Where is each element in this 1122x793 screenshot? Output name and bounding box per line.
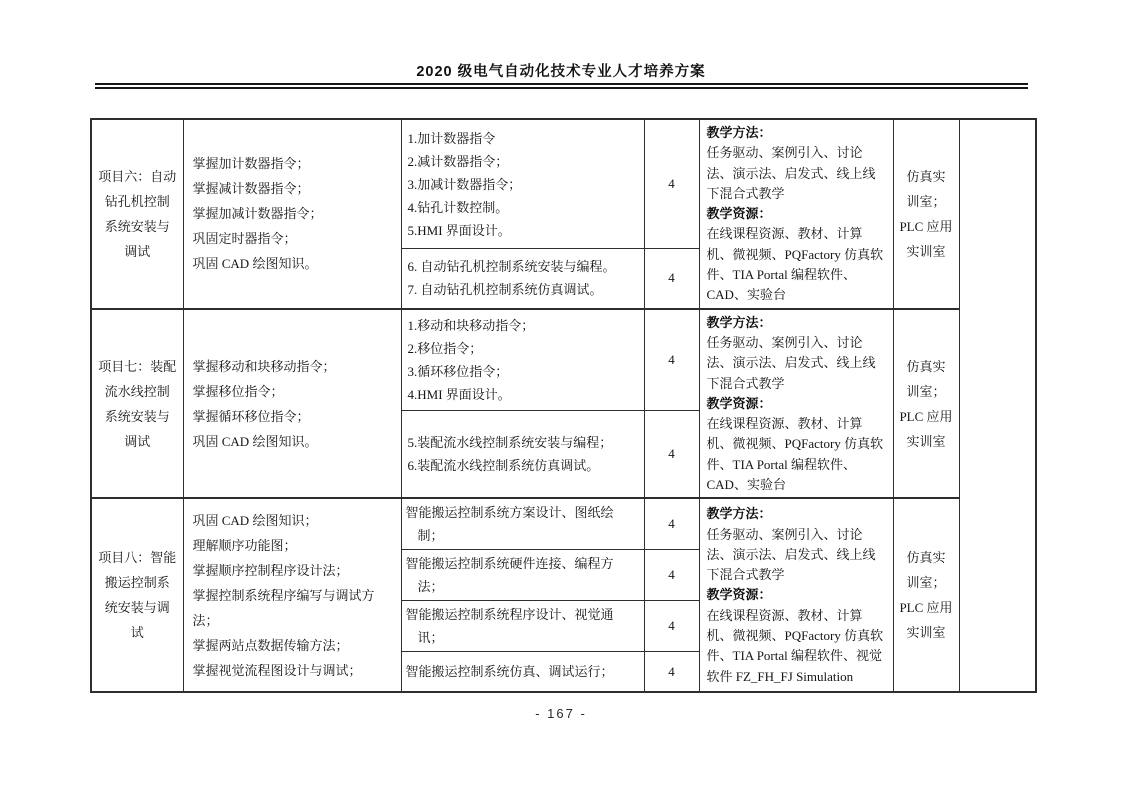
method-label: 教学方法： bbox=[707, 313, 888, 333]
project-cell: 项目八：智能 搬运控制系 统安装与调 试 bbox=[91, 498, 183, 692]
venue-cell: 仿真实 训室； PLC 应用 实训室 bbox=[893, 119, 959, 309]
content-cell: 智能搬运控制系统方案设计、图纸绘 制； bbox=[401, 498, 644, 550]
resource-label: 教学资源： bbox=[707, 585, 888, 605]
hours-cell: 4 bbox=[644, 249, 699, 309]
skills-cell: 掌握移动和块移动指令； 掌握移位指令； 掌握循环移位指令； 巩固 CAD 绘图知… bbox=[183, 309, 401, 499]
method-text: 任务驱动、案例引入、讨论法、演示法、启发式、线上线下混合式教学 bbox=[707, 333, 888, 394]
hours-cell: 4 bbox=[644, 309, 699, 411]
methods-cell: 教学方法： 任务驱动、案例引入、讨论法、演示法、启发式、线上线下混合式教学 教学… bbox=[699, 119, 893, 309]
page-number: - 167 - bbox=[0, 706, 1122, 721]
skills-cell: 巩固 CAD 绘图知识； 理解顺序功能图； 掌握顺序控制程序设计法； 掌握控制系… bbox=[183, 498, 401, 692]
content-cell: 5.装配流水线控制系统安装与编程； 6.装配流水线控制系统仿真调试。 bbox=[401, 411, 644, 499]
header-divider bbox=[95, 83, 1028, 89]
content-cell: 智能搬运控制系统程序设计、视觉通 讯； bbox=[401, 601, 644, 652]
venue-cell: 仿真实 训室； PLC 应用 实训室 bbox=[893, 498, 959, 692]
curriculum-table: 项目六：自动 钻孔机控制 系统安装与 调试 掌握加计数器指令； 掌握减计数器指令… bbox=[90, 118, 1037, 693]
project-cell: 项目七：装配 流水线控制 系统安装与 调试 bbox=[91, 309, 183, 499]
method-label: 教学方法： bbox=[707, 504, 888, 524]
project-cell: 项目六：自动 钻孔机控制 系统安装与 调试 bbox=[91, 119, 183, 309]
resource-text: 在线课程资源、教材、计算机、微视频、PQFactory 仿真软件、TIA Por… bbox=[707, 224, 888, 305]
hours-cell: 4 bbox=[644, 411, 699, 499]
resource-label: 教学资源： bbox=[707, 204, 888, 224]
content-cell: 智能搬运控制系统硬件连接、编程方 法； bbox=[401, 550, 644, 601]
hours-cell: 4 bbox=[644, 498, 699, 550]
hours-cell: 4 bbox=[644, 550, 699, 601]
page-title: 2020 级电气自动化技术专业人才培养方案 bbox=[0, 60, 1122, 81]
content-cell: 1.移动和块移动指令； 2.移位指令； 3.循环移位指令； 4.HMI 界面设计… bbox=[401, 309, 644, 411]
content-cell: 6. 自动钻孔机控制系统安装与编程。 7. 自动钻孔机控制系统仿真调试。 bbox=[401, 249, 644, 309]
hours-cell: 4 bbox=[644, 119, 699, 249]
resource-label: 教学资源： bbox=[707, 394, 888, 414]
methods-cell: 教学方法： 任务驱动、案例引入、讨论法、演示法、启发式、线上线下混合式教学 教学… bbox=[699, 309, 893, 499]
document-page: 2020 级电气自动化技术专业人才培养方案 项目六：自动 钻孔机控制 系统安装与… bbox=[0, 0, 1122, 793]
methods-cell: 教学方法： 任务驱动、案例引入、讨论法、演示法、启发式、线上线下混合式教学 教学… bbox=[699, 498, 893, 692]
skills-cell: 掌握加计数器指令； 掌握减计数器指令； 掌握加减计数器指令； 巩固定时器指令； … bbox=[183, 119, 401, 309]
hours-cell: 4 bbox=[644, 652, 699, 692]
method-text: 任务驱动、案例引入、讨论法、演示法、启发式、线上线下混合式教学 bbox=[707, 525, 888, 586]
content-cell: 1.加计数器指令 2.减计数器指令； 3.加减计数器指令； 4.钻孔计数控制。 … bbox=[401, 119, 644, 249]
content-cell: 智能搬运控制系统仿真、调试运行； bbox=[401, 652, 644, 692]
method-label: 教学方法： bbox=[707, 123, 888, 143]
method-text: 任务驱动、案例引入、讨论法、演示法、启发式、线上线下混合式教学 bbox=[707, 143, 888, 204]
hours-cell: 4 bbox=[644, 601, 699, 652]
empty-column-cell bbox=[959, 119, 1036, 692]
resource-text: 在线课程资源、教材、计算机、微视频、PQFactory 仿真软件、TIA Por… bbox=[707, 414, 888, 495]
resource-text: 在线课程资源、教材、计算机、微视频、PQFactory 仿真软件、TIA Por… bbox=[707, 606, 888, 687]
venue-cell: 仿真实 训室； PLC 应用 实训室 bbox=[893, 309, 959, 499]
